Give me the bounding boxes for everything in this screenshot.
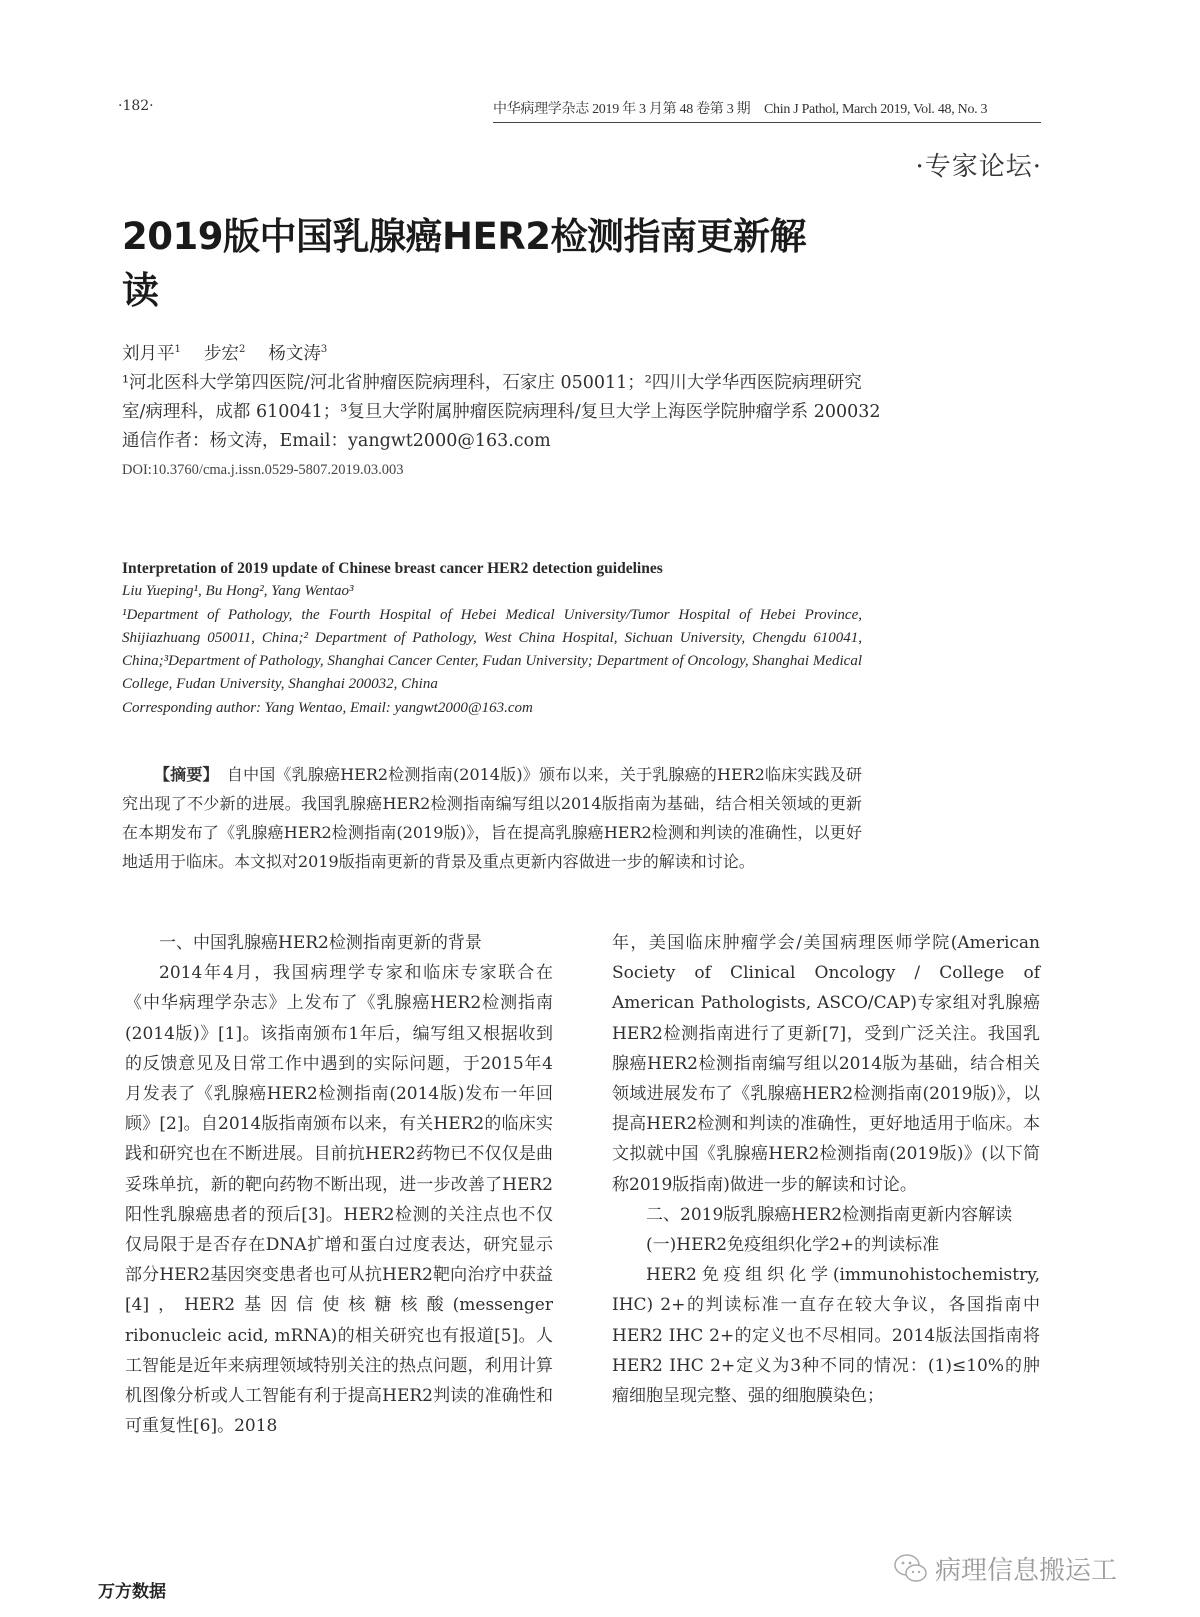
doi: DOI:10.3760/cma.j.issn.0529-5807.2019.03… bbox=[122, 456, 882, 485]
author: 步宏 bbox=[204, 344, 239, 364]
author-list: 刘月平1 步宏2 杨文涛3 bbox=[122, 340, 882, 369]
body-paragraph: 2014年4月，我国病理学专家和临床专家联合在《中华病理学杂志》上发布了《乳腺癌… bbox=[125, 958, 553, 1441]
affiliation-marker: 3 bbox=[321, 344, 327, 355]
watermark: 病理信息搬运工 bbox=[893, 1550, 1117, 1587]
affiliation-marker: 2 bbox=[239, 344, 245, 355]
watermark-text: 病理信息搬运工 bbox=[935, 1550, 1117, 1587]
page-number: ·182· bbox=[118, 98, 154, 114]
english-corresponding: Corresponding author: Yang Wentao, Email… bbox=[122, 697, 862, 720]
body-column-right: 年，美国临床肿瘤学会/美国病理医师学院(American Society of … bbox=[612, 928, 1040, 1411]
author: 刘月平 bbox=[122, 344, 175, 364]
column-tag: ·专家论坛· bbox=[915, 146, 1042, 183]
body-column-left: 一、中国乳腺癌HER2检测指南更新的背景 2014年4月，我国病理学专家和临床专… bbox=[125, 928, 553, 1441]
article-title: 2019版中国乳腺癌HER2检测指南更新解读 bbox=[122, 210, 842, 318]
affiliations-cn: ¹河北医科大学第四医院/河北省肿瘤医院病理科，石家庄 050011；²四川大学华… bbox=[122, 369, 882, 427]
wechat-icon bbox=[893, 1552, 929, 1586]
corresponding-author-cn: 通信作者：杨文涛，Email：yangwt2000@163.com bbox=[122, 427, 882, 456]
body-paragraph: HER2免疫组织化学(immunohistochemistry, IHC) 2+… bbox=[612, 1260, 1040, 1411]
abstract: 【摘要】 自中国《乳腺癌HER2检测指南(2014版)》颁布以来，关于乳腺癌的H… bbox=[122, 760, 862, 876]
running-head: 中华病理学杂志 2019 年 3 月第 48 卷第 3 期 Chin J Pat… bbox=[493, 98, 1041, 123]
author: 杨文涛 bbox=[268, 344, 321, 364]
subsection-heading: (一)HER2免疫组织化学2+的判读标准 bbox=[612, 1230, 1040, 1260]
affiliation-marker: 1 bbox=[175, 344, 181, 355]
source-label: 万方数据 bbox=[98, 1577, 166, 1602]
abstract-label: 【摘要】 bbox=[154, 765, 219, 784]
abstract-text: 自中国《乳腺癌HER2检测指南(2014版)》颁布以来，关于乳腺癌的HER2临床… bbox=[122, 765, 862, 871]
english-title: Interpretation of 2019 update of Chinese… bbox=[122, 557, 862, 580]
section-heading: 二、2019版乳腺癌HER2检测指南更新内容解读 bbox=[612, 1200, 1040, 1230]
section-heading: 一、中国乳腺癌HER2检测指南更新的背景 bbox=[125, 928, 553, 958]
english-affiliations: ¹Department of Pathology, the Fourth Hos… bbox=[122, 604, 862, 697]
author-block-cn: 刘月平1 步宏2 杨文涛3 ¹河北医科大学第四医院/河北省肿瘤医院病理科，石家庄… bbox=[122, 340, 882, 485]
english-block: Interpretation of 2019 update of Chinese… bbox=[122, 557, 862, 720]
english-authors: Liu Yueping¹, Bu Hong², Yang Wentao³ bbox=[122, 580, 862, 603]
body-paragraph: 年，美国临床肿瘤学会/美国病理医师学院(American Society of … bbox=[612, 928, 1040, 1200]
